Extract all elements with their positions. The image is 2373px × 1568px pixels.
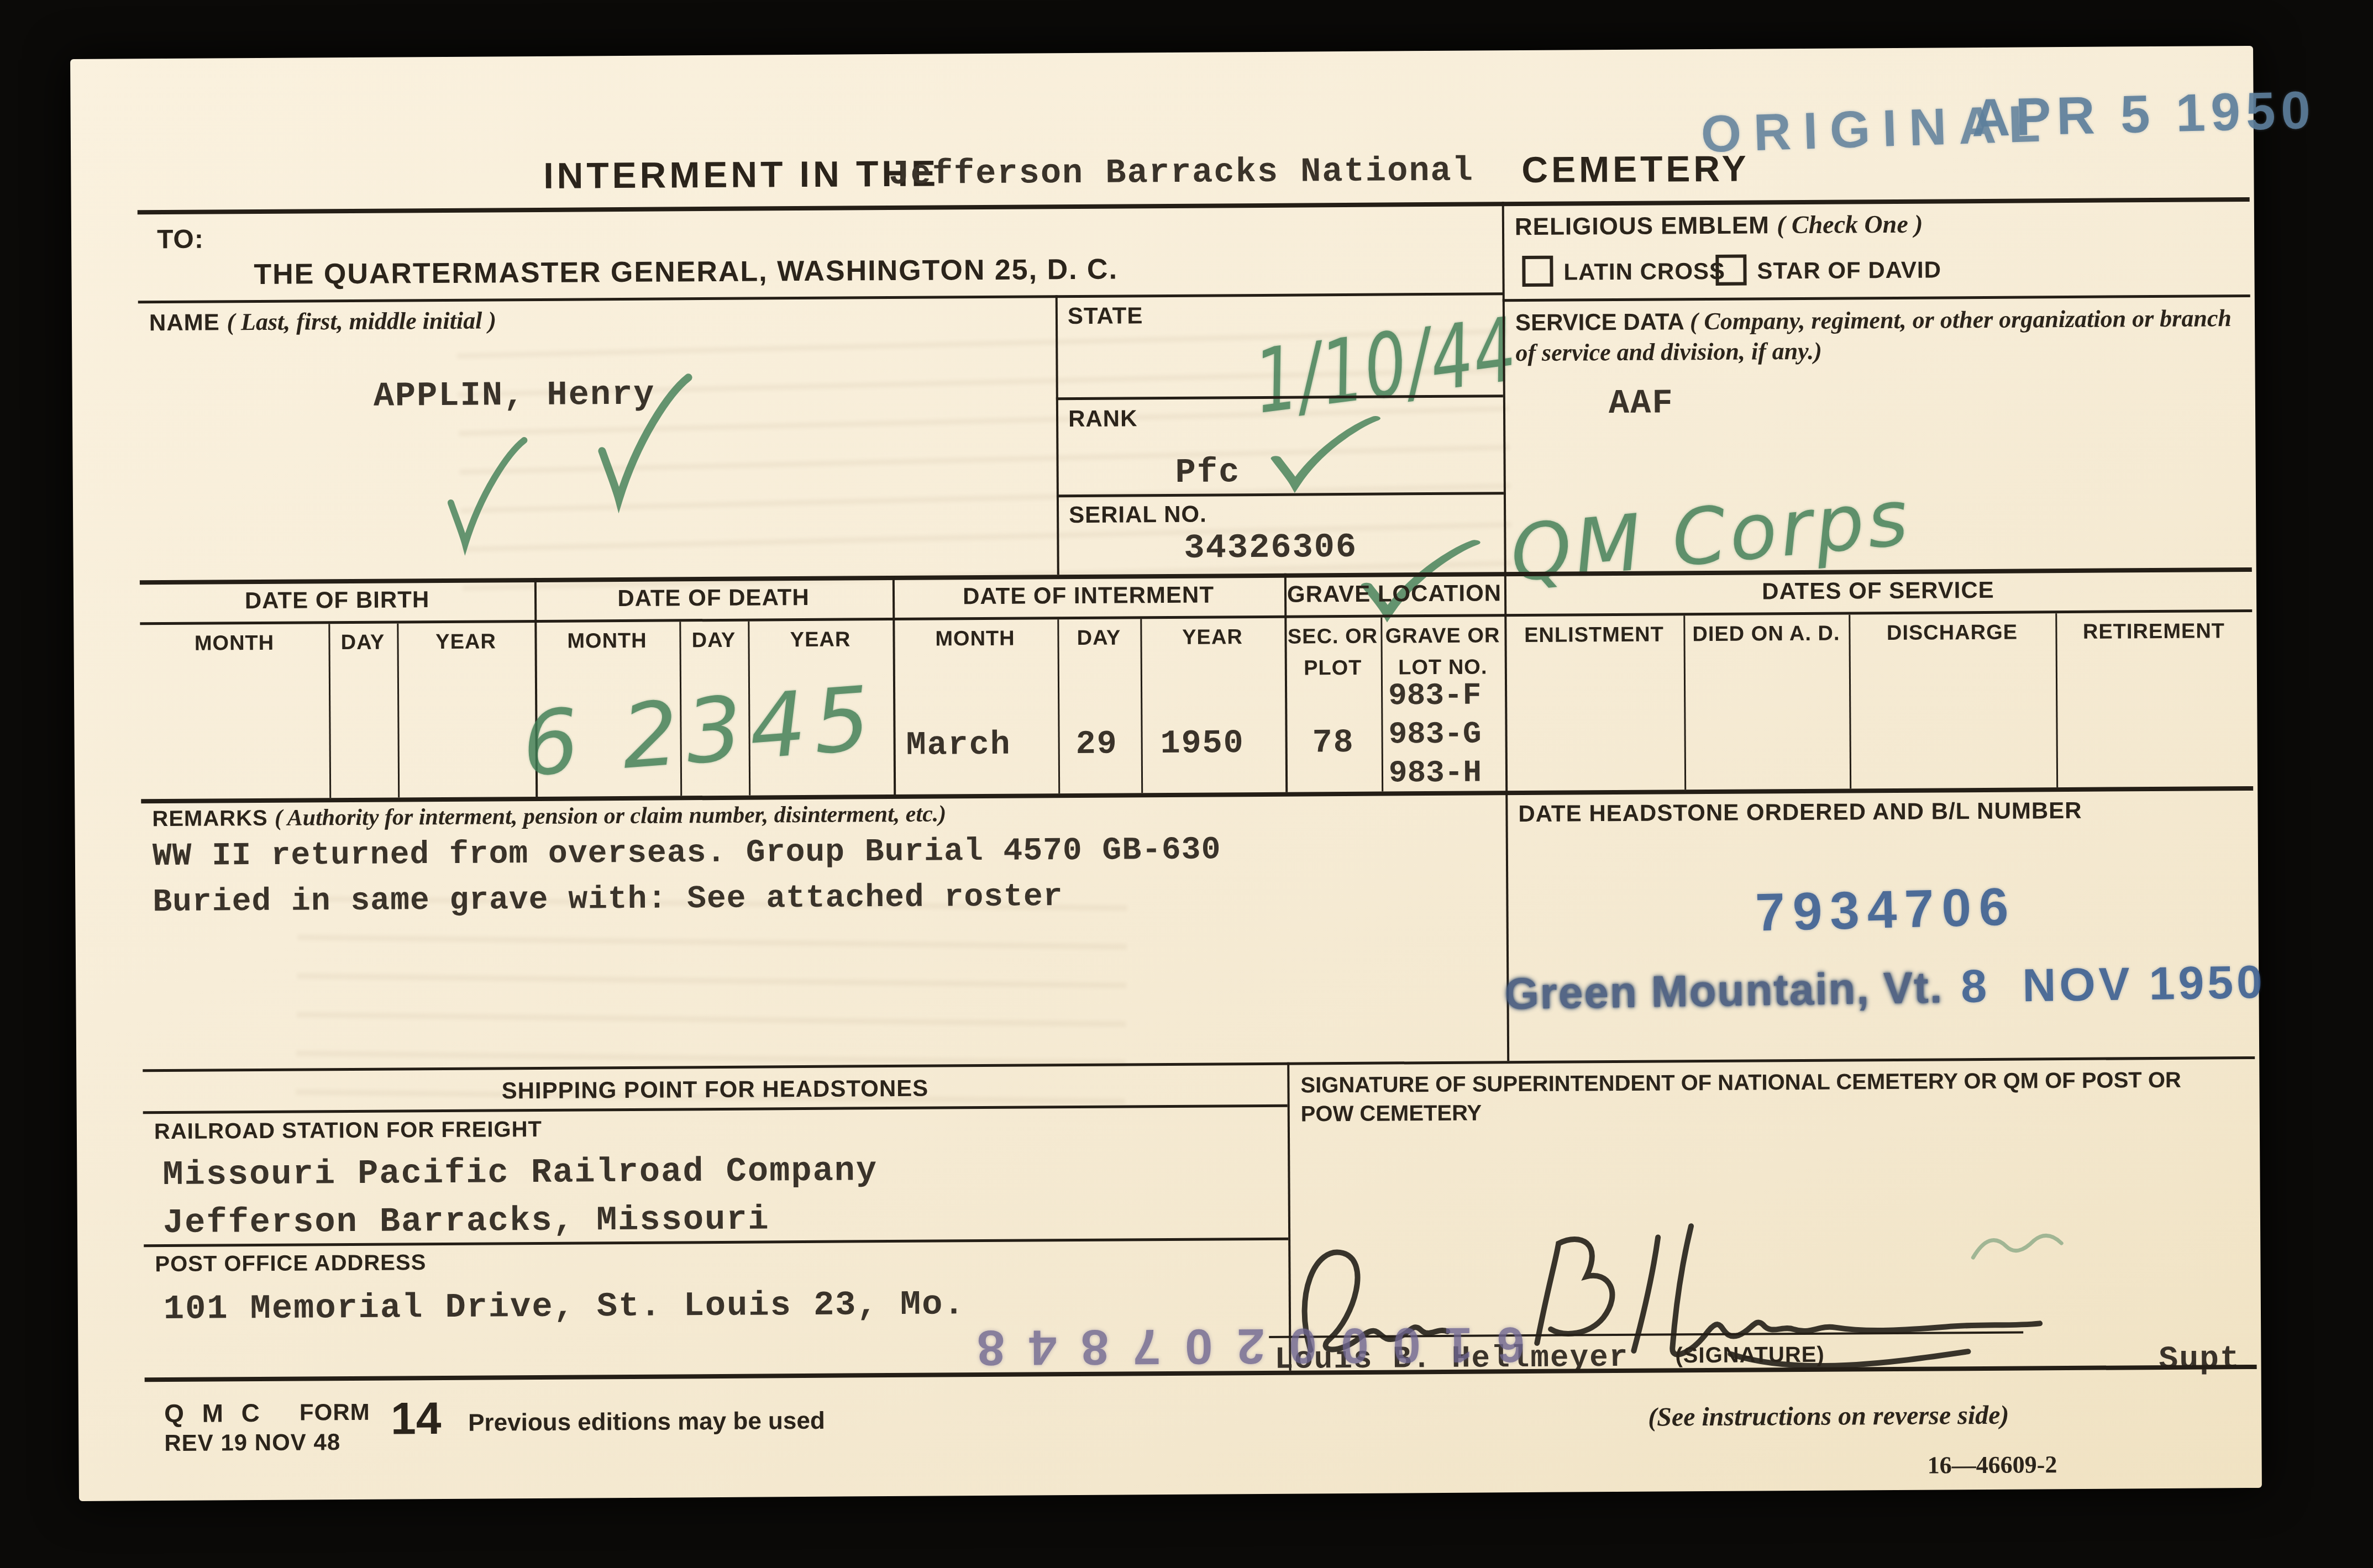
headstone-origin-place: Green Mountain, Vt.: [1504, 963, 1944, 1019]
green-initials-mark: [1967, 1224, 2067, 1274]
green-checkmark-name-2: [586, 356, 697, 523]
date-received-stamp: APR 5 1950: [1971, 80, 2317, 149]
to-label: TO:: [157, 224, 204, 255]
headstone-origin-date: NOV 1950: [2022, 956, 2266, 1012]
shipping-header-rule: [143, 1104, 1288, 1114]
rule-under-rank: [1057, 492, 1504, 497]
shipping-header: SHIPPING POINT FOR HEADSTONES: [143, 1073, 1287, 1107]
railroad-line1: Missouri Pacific Railroad Company: [162, 1151, 878, 1195]
grave-lot-3: 983-H: [1389, 755, 1482, 791]
serial-value: 34326306: [1184, 528, 1357, 568]
rule-under-emblem: [1503, 294, 2250, 302]
religious-emblem-label: RELIGIOUS EMBLEM ( Check One ): [1515, 209, 1923, 241]
headstone-origin-day: 8: [1961, 960, 1987, 1012]
col-sec-or: SEC. OR: [1284, 625, 1380, 649]
signature-title-suffix: Supt: [2159, 1341, 2240, 1378]
signature-label: SIGNATURE OF SUPERINTENDENT OF NATIONAL …: [1300, 1065, 2229, 1128]
see-instructions-note: (See instructions on reverse side): [1648, 1400, 2009, 1433]
post-office-value: 101 Memorial Drive, St. Louis 23, Mo.: [164, 1285, 965, 1329]
remarks-line2: Buried in same grave with: See attached …: [153, 879, 1063, 920]
railroad-line2: Jefferson Barracks, Missouri: [163, 1199, 770, 1243]
col-interment-year: YEAR: [1140, 625, 1284, 650]
grave-lot-2: 983-G: [1388, 717, 1481, 753]
col-lot-no: LOT NO.: [1381, 655, 1505, 680]
service-data-value: AAF: [1609, 383, 1674, 423]
green-checkmark-name-1: [437, 421, 532, 565]
interment-year: 1950: [1160, 725, 1244, 763]
state-handwritten-date: 1/10/44: [1250, 298, 1524, 434]
col-retirement: RETIREMENT: [2055, 619, 2252, 644]
col-death-year: YEAR: [748, 628, 893, 653]
print-code: 16—46609-2: [1928, 1450, 2057, 1479]
rank-value: Pfc: [1175, 452, 1240, 492]
headstone-label: DATE HEADSTONE ORDERED AND B/L NUMBER: [1518, 797, 2082, 827]
footer-note: Previous editions may be used: [468, 1407, 825, 1437]
group-title-dates-of-service: DATES OF SERVICE: [1504, 575, 2252, 606]
col-grave-or: GRAVE OR: [1380, 624, 1504, 648]
remarks-label: REMARKS ( Authority for interment, pensi…: [152, 801, 946, 832]
death-date-handwritten: 6 2345: [518, 666, 881, 796]
religious-emblem-label-hint: ( Check One ): [1777, 210, 1923, 239]
col-death-month: MONTH: [534, 629, 679, 654]
green-checkmark-rank: [1258, 413, 1385, 491]
remarks-label-hint: ( Authority for interment, pension or cl…: [275, 801, 947, 830]
col-birth-year: YEAR: [397, 630, 534, 655]
footer-revision: REV 19 NOV 48: [164, 1429, 340, 1456]
col-died-on-ad: DIED ON A. D.: [1683, 622, 1849, 646]
railroad-label: RAILROAD STATION FOR FREIGHT: [154, 1117, 542, 1144]
name-label: NAME ( Last, first, middle initial ): [149, 306, 496, 336]
state-label: STATE: [1068, 302, 1143, 329]
religious-emblem-label-text: RELIGIOUS EMBLEM: [1515, 212, 1770, 240]
title-printed-prefix: INTERMENT IN THE: [543, 152, 939, 196]
group-title-date-of-interment: DATE OF INTERMENT: [893, 581, 1284, 610]
green-checkmark-serial: [1347, 536, 1485, 620]
name-label-text: NAME: [149, 309, 220, 335]
remarks-label-text: REMARKS: [152, 806, 267, 831]
col-birth-day: DAY: [328, 630, 397, 655]
service-data-label-text: SERVICE DATA: [1515, 308, 1683, 335]
col-plot: PLOT: [1285, 656, 1381, 681]
signature-caption: (SIGNATURE): [1675, 1343, 1825, 1369]
col-discharge: DISCHARGE: [1849, 620, 2055, 645]
col-death-day: DAY: [679, 629, 748, 653]
name-label-hint: ( Last, first, middle initial ): [227, 307, 496, 335]
footer-form-number: 14: [391, 1393, 442, 1445]
headstone-number-stamp: 7934706: [1755, 877, 2017, 944]
divider-name-state: [1056, 295, 1059, 575]
latin-cross-checkbox: [1522, 256, 1553, 287]
rank-label: RANK: [1068, 405, 1138, 432]
headstone-origin-stamp: Green Mountain, Vt. 8 NOV 1950: [1504, 955, 2266, 1020]
upside-down-number-stamp: 61000207848: [846, 1315, 1631, 1377]
footer-org: Q M C: [164, 1398, 265, 1428]
serial-label: SERIAL NO.: [1069, 501, 1207, 529]
col-birth-month: MONTH: [140, 631, 328, 656]
grave-lot-1: 983-F: [1388, 678, 1481, 714]
interment-day: 29: [1075, 726, 1117, 764]
rule-under-address: [138, 292, 1503, 303]
group-title-date-of-death: DATE OF DEATH: [534, 583, 893, 612]
service-data-label: SERVICE DATA ( Company, regiment, or oth…: [1515, 303, 2234, 368]
to-addressee: THE QUARTERMASTER GENERAL, WASHINGTON 25…: [254, 253, 1118, 292]
group-title-date-of-birth: DATE OF BIRTH: [140, 586, 534, 614]
interment-card: INTERMENT IN THE Jefferson Barracks Nati…: [70, 46, 2262, 1501]
latin-cross-label: LATIN CROSS: [1563, 258, 1725, 286]
footer-form-label: FORM: [300, 1399, 370, 1426]
interment-month: March: [906, 727, 1011, 765]
title-typed-cemetery-name: Jefferson Barracks National: [889, 151, 1474, 194]
col-interment-month: MONTH: [893, 627, 1057, 651]
group-title-grave-location: GRAVE LOCATION: [1284, 580, 1504, 607]
scanned-document-background: { "card": { "title": { "printed_prefix":…: [0, 0, 2373, 1568]
post-office-label: POST OFFICE ADDRESS: [155, 1250, 426, 1277]
remarks-line1: WW II returned from overseas. Group Buri…: [153, 832, 1221, 875]
col-enlistment: ENLISTMENT: [1504, 623, 1683, 648]
star-of-david-checkbox: [1715, 255, 1746, 286]
col-interment-day: DAY: [1057, 626, 1140, 650]
rule-under-title: [138, 197, 2250, 214]
grave-plot-value: 78: [1312, 724, 1354, 762]
star-of-david-label: STAR OF DAVID: [1757, 256, 1941, 284]
